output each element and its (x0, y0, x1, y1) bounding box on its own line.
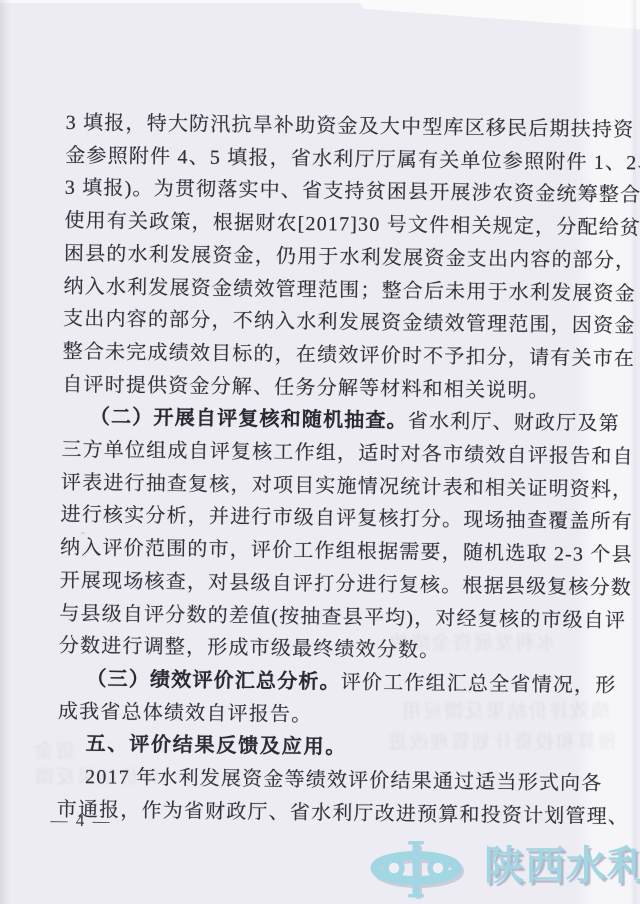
page-number: — 4 — (50, 811, 111, 832)
text-line: 开展现场核查，对县级自评打分进行复核。根据县级复核分数 (60, 564, 633, 600)
text-line: 整合未完成绩效目标的，在绩效评价时不予扣分，请有关市在 (63, 335, 636, 371)
text-line: 五、评价结果反馈及应用。 (85, 727, 347, 759)
text-line: 与县级自评分数的差值(按抽查县平均)，对经复核的市级自评 (59, 596, 626, 632)
document-body: 3 填报，特大防汛抗旱补助资金及大中型库区移民后期扶持资金参照附件 4、5 填报… (0, 0, 640, 904)
text-line: 市通报，作为省财政厅、省水利厅改进预算和投资计划管理、 (57, 792, 630, 828)
text-line: （二）开展自评复核和随机抽查。省水利厅、财政厅及第 (90, 400, 620, 436)
text-line: 2017 年水利发展资金等绩效评价结果通过适当形式向各 (85, 760, 603, 796)
text-line: 分数进行调整，形成市级最终绩效分数。 (59, 629, 441, 663)
text-line: 困县的水利发展资金，仍用于水利发展资金支出内容的部分， (64, 237, 637, 273)
text-line: 评表进行抽查复核，对项目实施情况统计表和相关证明资料， (61, 465, 634, 501)
text-line: 使用有关政策，根据财农[2017]30 号文件相关规定，分配给贫 (64, 204, 640, 241)
text-line: 纳入水利发展资金绩效管理范围；整合后未用于水利发展资金 (63, 269, 636, 305)
scanned-document-screenshot: { "colors": { "paper": "#edecf2", "ink":… (0, 0, 640, 904)
text-line: 进行核实分析，并进行市级自评复核打分。现场抽查覆盖所有 (60, 498, 633, 534)
text-line: 3 填报，特大防汛抗旱补助资金及大中型库区移民后期扶持资 (66, 106, 635, 142)
text-line: 成我省总体绩效自评报告。 (58, 694, 313, 726)
text-line: 三方单位组成自评复核工作组，适时对各市绩效自评报告和自 (61, 433, 634, 469)
scan-page: 水利发展资金绩效一绩效评价结果反馈应用预算和投资计划管理改进资金评价结果反馈 3… (0, 0, 640, 904)
watermark: 陕西水利 (368, 838, 640, 900)
text-line: 金参照附件 4、5 填报，省水利厅厅属有关单位参照附件 1、2、 (65, 139, 640, 176)
heading-run: （三）绩效评价汇总分析。 (86, 668, 341, 693)
text-line: 支出内容的部分，不纳入水利发展资金绩效管理范围，因资金 (63, 302, 636, 338)
water-resources-logo-icon (368, 841, 468, 899)
text-line: 自评时提供资金分解、任务分解等材料和相关说明。 (62, 367, 550, 402)
text-line: 纳入评价范围的市，评价工作组根据需要，随机选取 2-3 个县 (60, 531, 633, 567)
watermark-text: 陕西水利 (484, 846, 640, 886)
heading-run: （二）开展自评复核和随机抽查。 (90, 406, 408, 432)
text-line: 3 填报)。为贯彻落实中、省支持贫困县开展涉农资金统筹整合 (65, 171, 640, 208)
text-line: （三）绩效评价汇总分析。评价工作组汇总全省情况，形 (86, 662, 616, 698)
